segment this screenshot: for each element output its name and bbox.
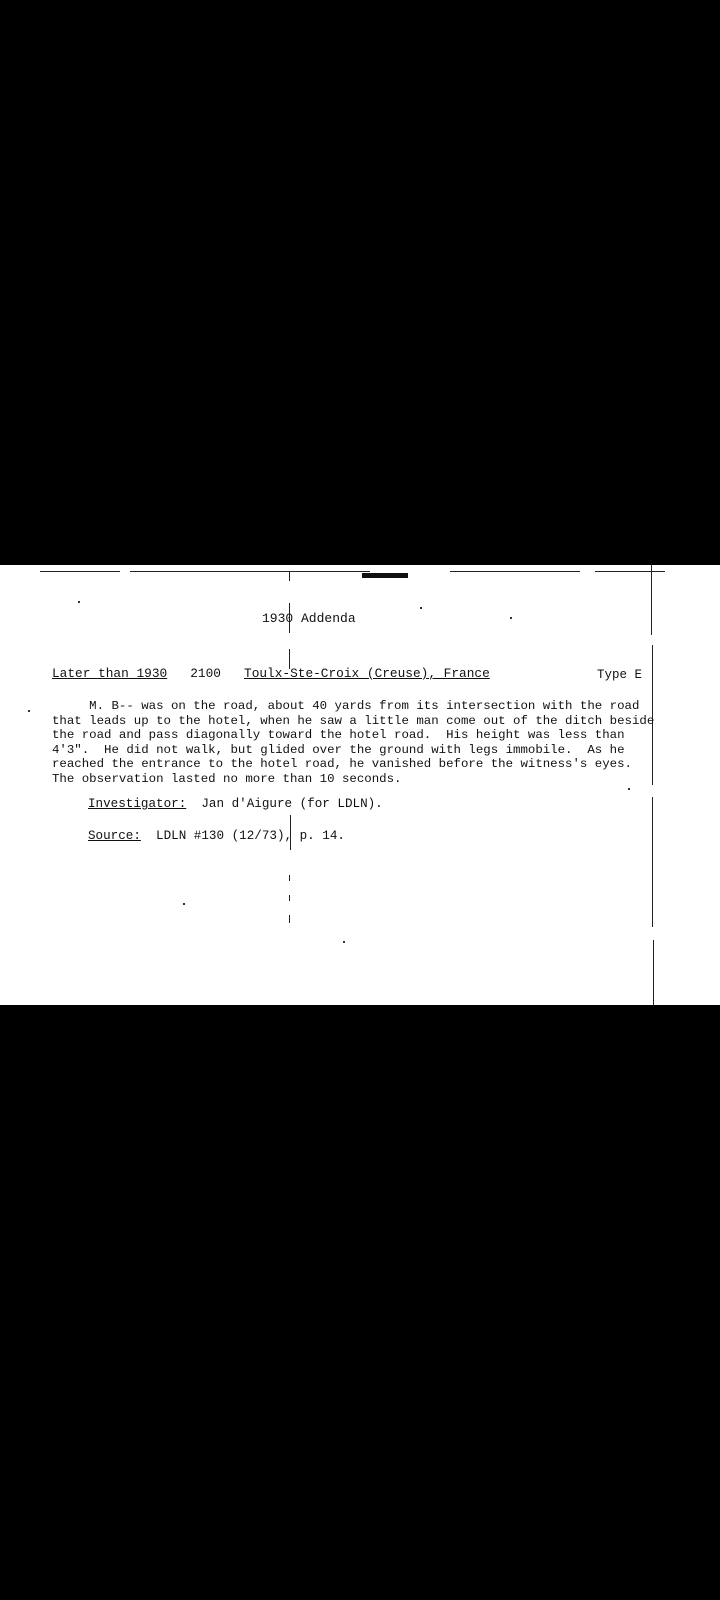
top-rule xyxy=(130,571,370,572)
scan-artifact xyxy=(362,573,408,578)
speck xyxy=(343,941,345,943)
narrative-line: the road and pass diagonally toward the … xyxy=(52,728,652,743)
source-line: Source: LDLN #130 (12/73), p. 14. xyxy=(88,829,345,843)
top-rule xyxy=(40,571,120,572)
page-heading: 1930 Addenda xyxy=(262,611,356,626)
fold-mark xyxy=(289,915,290,923)
investigator-value: Jan d'Aigure (for LDLN). xyxy=(186,797,383,811)
narrative: M. B-- was on the road, about 40 yards f… xyxy=(52,699,652,787)
fold-mark xyxy=(289,571,290,581)
case-header: Later than 1930 2100 Toulx-Ste-Croix (Cr… xyxy=(52,666,642,681)
right-edge xyxy=(653,940,654,1005)
fold-mark xyxy=(289,875,290,881)
top-rule xyxy=(450,571,580,572)
narrative-line: The observation lasted no more than 10 s… xyxy=(52,772,652,787)
case-date: Later than 1930 xyxy=(52,666,167,681)
case-time: 2100 xyxy=(190,666,221,681)
speck xyxy=(78,601,80,603)
speck xyxy=(28,710,30,712)
document-page: 1930 Addenda Later than 1930 2100 Toulx-… xyxy=(0,565,720,1005)
top-rule xyxy=(595,571,665,572)
narrative-line: reached the entrance to the hotel road, … xyxy=(52,757,652,772)
fold-mark xyxy=(289,895,290,901)
investigator-label: Investigator: xyxy=(88,797,186,811)
speck xyxy=(510,617,512,619)
case-location: Toulx-Ste-Croix (Creuse), France xyxy=(244,666,490,681)
speck xyxy=(420,607,422,609)
source-label: Source: xyxy=(88,829,141,843)
speck xyxy=(183,903,185,905)
right-edge xyxy=(652,797,653,927)
speck xyxy=(628,788,630,790)
right-edge xyxy=(651,565,652,635)
narrative-line: M. B-- was on the road, about 40 yards f… xyxy=(52,699,652,714)
case-type: Type E xyxy=(597,668,642,682)
narrative-line: 4'3". He did not walk, but glided over t… xyxy=(52,743,652,758)
narrative-line: that leads up to the hotel, when he saw … xyxy=(52,714,652,729)
investigator-line: Investigator: Jan d'Aigure (for LDLN). xyxy=(88,797,383,811)
source-value: LDLN #130 (12/73), p. 14. xyxy=(141,829,345,843)
